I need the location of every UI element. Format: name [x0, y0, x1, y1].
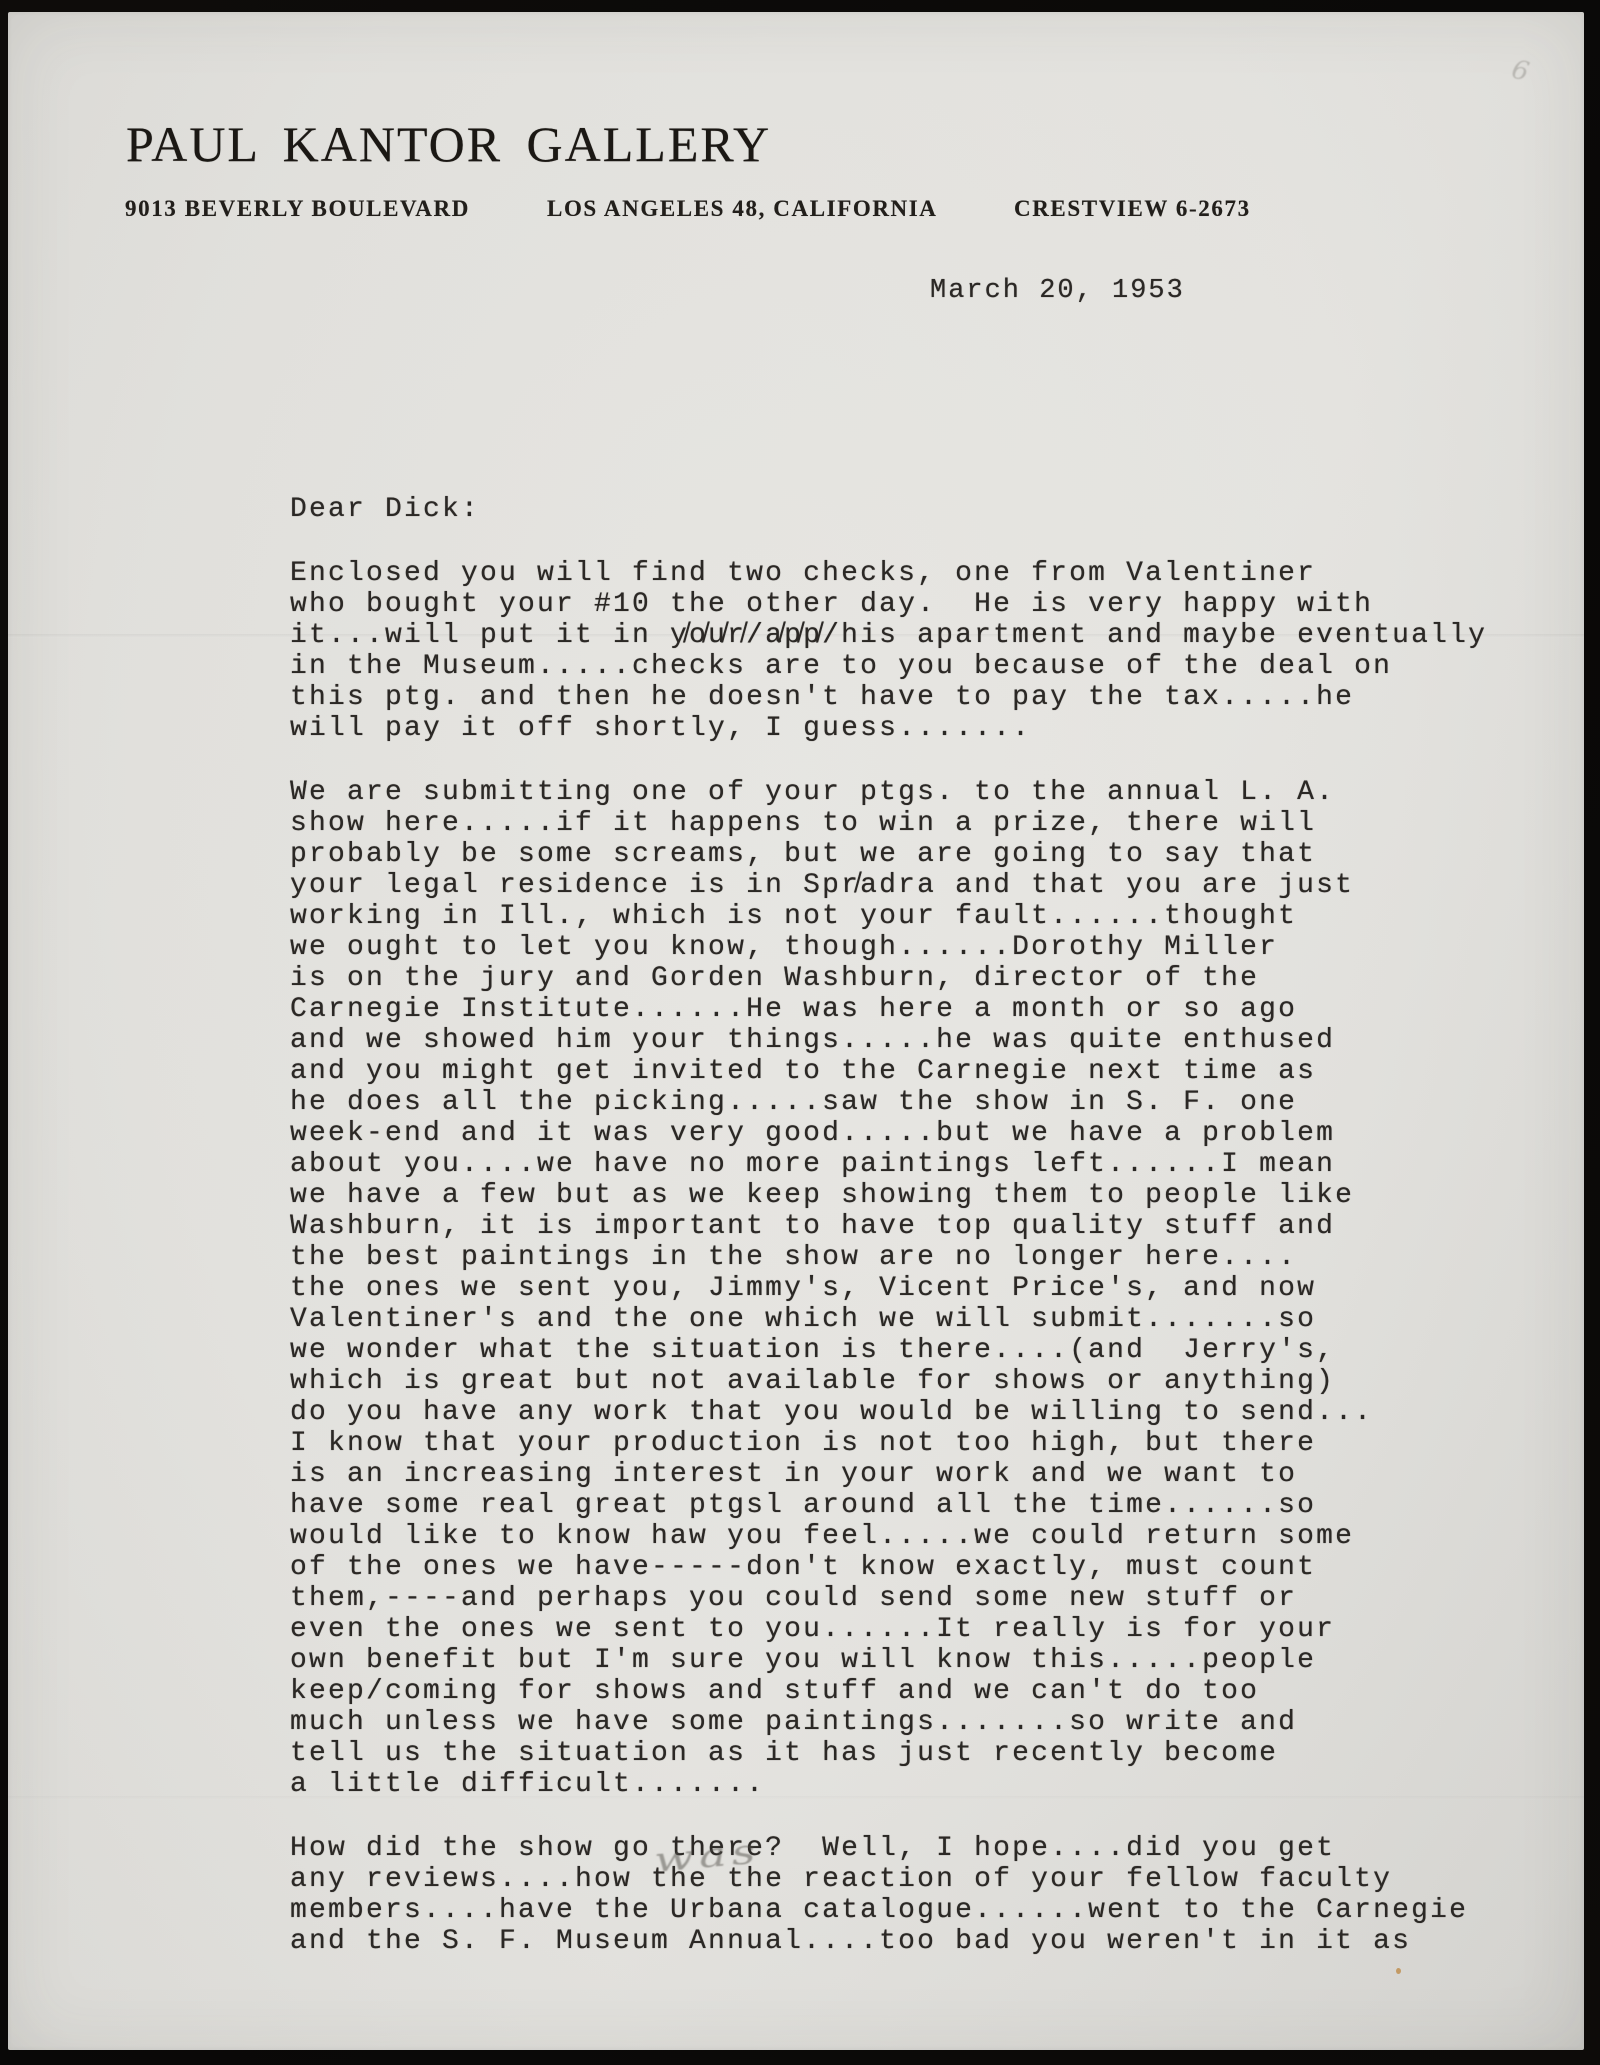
letterhead-city-state: LOS ANGELES 48, CALIFORNIA: [547, 196, 938, 222]
letterhead-address-line: 9013 BEVERLY BOULEVARD LOS ANGELES 48, C…: [0, 196, 1600, 226]
letterhead-gallery-name: PAUL KANTOR GALLERY: [126, 116, 771, 172]
letter-body: Dear Dick: Enclosed you will find two ch…: [290, 494, 1525, 1957]
salutation: Dear Dick:: [290, 494, 1525, 525]
letterhead-street-address: 9013 BEVERLY BOULEVARD: [125, 196, 470, 222]
paragraph-2: We are submitting one of your ptgs. to t…: [290, 777, 1525, 1800]
letter-date: March 20, 1953: [930, 276, 1185, 306]
scanned-letter: PAUL KANTOR GALLERY 9013 BEVERLY BOULEVA…: [0, 0, 1600, 2065]
paragraph-3: How did the show go there? Well, I hope.…: [290, 1833, 1525, 1957]
letterhead-phone-number: CRESTVIEW 6-2673: [1014, 196, 1251, 222]
paragraph-1: Enclosed you will find two checks, one f…: [290, 558, 1525, 744]
